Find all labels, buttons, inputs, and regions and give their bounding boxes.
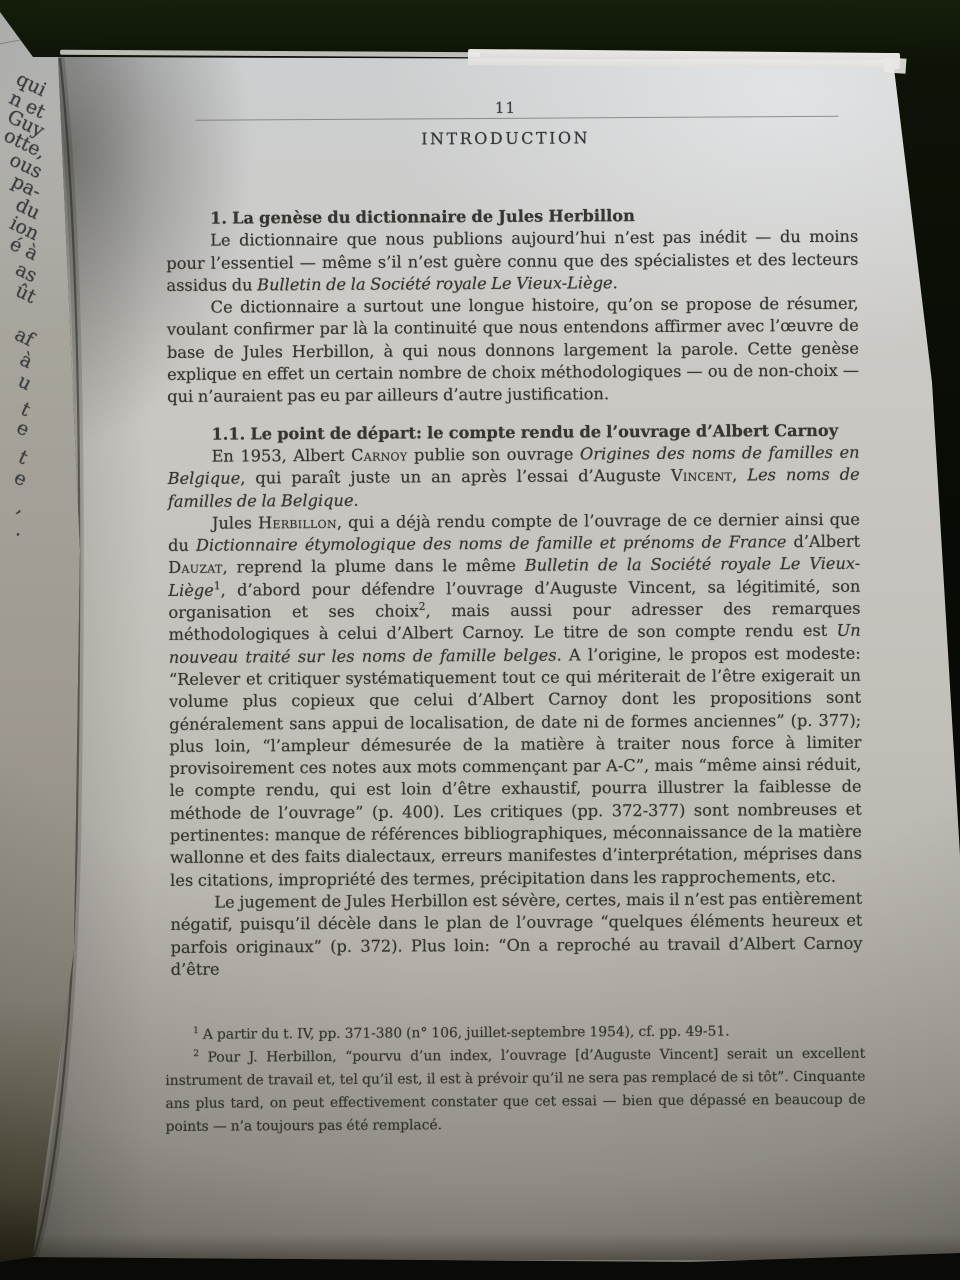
text-run: 1. La genèse du dictionnaire de Jules He…	[210, 206, 635, 228]
left-page-line-fragment: e	[0, 409, 33, 441]
text-run: ,	[732, 466, 747, 485]
left-page-header-rule	[0, 24, 100, 45]
text-run: .	[613, 273, 618, 292]
text-run: En 1953, Albert	[212, 446, 352, 466]
paragraph: Le dictionnaire que nous publions aujour…	[166, 226, 858, 297]
footnote: 2 Pour J. Herbillon, “pourvu d’un index,…	[165, 1043, 866, 1139]
text-run: , qui paraît juste un an après l’essai d…	[240, 466, 671, 488]
text-run: Pour J. Herbillon, “pourvu d’un index, l…	[165, 1046, 865, 1135]
text-run: Le jugement de Jules Herbillon est sévèr…	[170, 889, 862, 979]
page-top-edge-highlight-left	[60, 50, 480, 58]
book-photo: quin etGuyotte,ouspa-duioné àasûtafàutet…	[0, 0, 960, 1280]
text-run: 1.1. Le point de départ: le compte rendu…	[211, 420, 838, 443]
page-content: 11 INTRODUCTION 1. La genèse du dictionn…	[0, 0, 960, 1280]
text-run: Bulletin de la Société royale Le Vieux-L…	[257, 273, 613, 294]
body-blocks: 1. La genèse du dictionnaire de Jules He…	[166, 204, 863, 981]
paragraph: En 1953, Albert Carnoy publie son ouvrag…	[167, 442, 859, 513]
chapter-title: INTRODUCTION	[166, 127, 846, 150]
text-run: A partir du t. IV, pp. 371-380 (n° 106, …	[199, 1023, 730, 1042]
text-run: d’Albert	[786, 532, 860, 551]
text-run: .	[353, 490, 358, 509]
left-page-line-fragment: ,	[0, 488, 29, 518]
text-run: , reprend la plume dans le même	[223, 556, 525, 577]
text-run: Dictionnaire étymologique des noms de fa…	[196, 532, 786, 555]
text-run: A l’origine, le propos est modeste: “Rel…	[169, 643, 862, 889]
footnotes: 1 A partir du t. IV, pp. 371-380 (n° 106…	[165, 1020, 866, 1139]
left-page-line-fragment: u	[0, 362, 35, 395]
text-run: Vincent	[671, 466, 732, 485]
left-page-line-fragment: e	[0, 461, 30, 492]
text-run: Dauzat	[168, 558, 222, 577]
text-run: publie son ouvrage	[407, 444, 580, 464]
page-top-right-corner-edge	[884, 57, 907, 73]
text-run: Jules	[212, 513, 258, 532]
text-run: Carnoy	[351, 445, 407, 464]
book-page: 11 INTRODUCTION 1. La genèse du dictionn…	[0, 0, 960, 1280]
text-run: Herbillon	[258, 513, 337, 532]
left-page-line-fragment: .	[0, 512, 28, 541]
paragraph: Le jugement de Jules Herbillon est sévèr…	[170, 888, 863, 981]
paragraph: Ce dictionnaire a surtout une longue his…	[167, 293, 860, 409]
text-run: Ce dictionnaire a surtout une longue his…	[167, 294, 859, 406]
paragraph: Jules Herbillon, qui a déjà rendu compte…	[168, 509, 862, 892]
